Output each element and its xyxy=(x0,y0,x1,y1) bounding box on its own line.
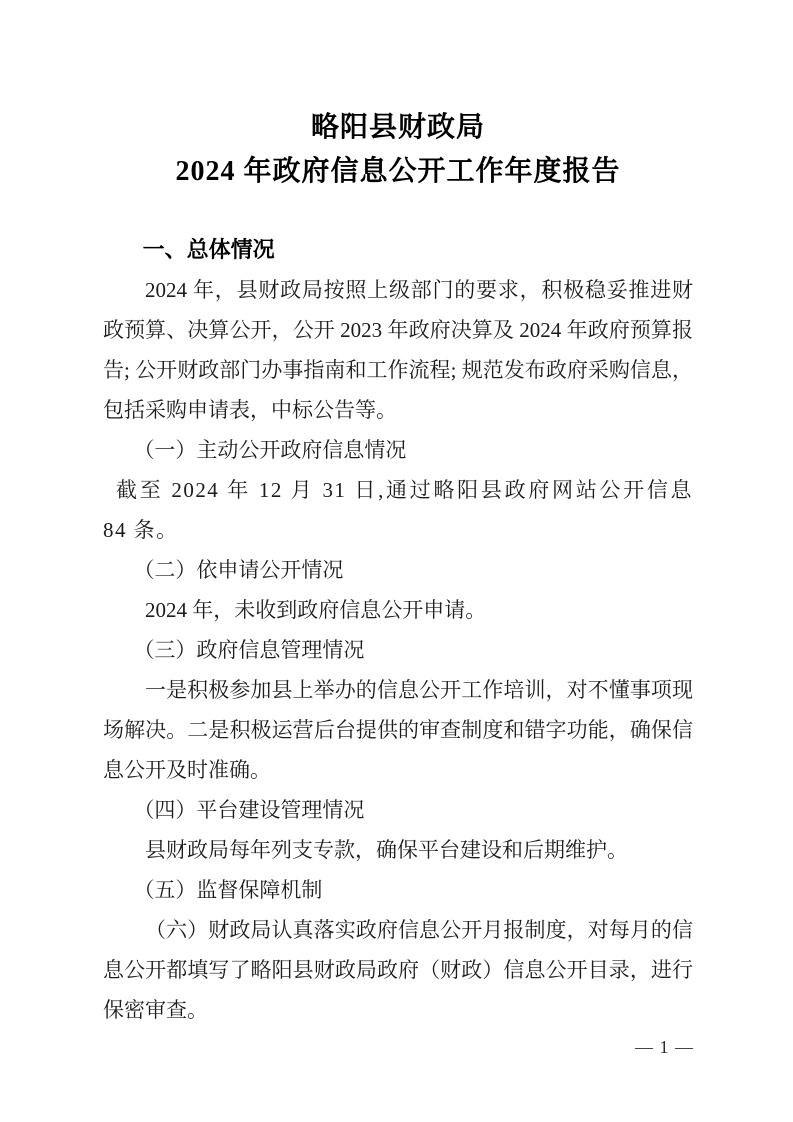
sub-heading: （三）政府信息管理情况 xyxy=(103,630,693,670)
sub-heading: （五）监督保障机制 xyxy=(103,870,693,910)
paragraph: 一是积极参加县上举办的信息公开工作培训，对不懂事项现场解决。二是积极运营后台提供… xyxy=(103,670,693,790)
paragraph: 2024 年，未收到政府信息公开申请。 xyxy=(103,590,693,630)
paragraph: 截至 2024 年 12 月 31 日,通过略阳县政府网站公开信息 84 条。 xyxy=(103,470,693,550)
section-heading: 一、总体情况 xyxy=(103,230,693,270)
paragraph: 2024 年，县财政局按照上级部门的要求，积极稳妥推进财政预算、决算公开，公开 … xyxy=(103,270,693,430)
document-body: 一、总体情况2024 年，县财政局按照上级部门的要求，积极稳妥推进财政预算、决算… xyxy=(103,230,693,1030)
document-title: 略阳县财政局 2024 年政府信息公开工作年度报告 xyxy=(103,106,693,194)
sub-heading: （四）平台建设管理情况 xyxy=(103,790,693,830)
paragraph: 县财政局每年列支专款，确保平台建设和后期维护。 xyxy=(103,830,693,870)
sub-heading: （二）依申请公开情况 xyxy=(103,550,693,590)
document-title-line2: 2024 年政府信息公开工作年度报告 xyxy=(103,150,693,194)
document-content: 略阳县财政局 2024 年政府信息公开工作年度报告 一、总体情况2024 年，县… xyxy=(0,106,793,1030)
document-page: 略阳县财政局 2024 年政府信息公开工作年度报告 一、总体情况2024 年，县… xyxy=(0,0,793,1122)
sub-heading: （一）主动公开政府信息情况 xyxy=(103,430,693,470)
page-number: — 1 — xyxy=(635,1036,694,1058)
paragraph: （六）财政局认真落实政府信息公开月报制度，对每月的信息公开都填写了略阳县财政局政… xyxy=(103,910,693,1030)
document-title-line1: 略阳县财政局 xyxy=(103,106,693,150)
